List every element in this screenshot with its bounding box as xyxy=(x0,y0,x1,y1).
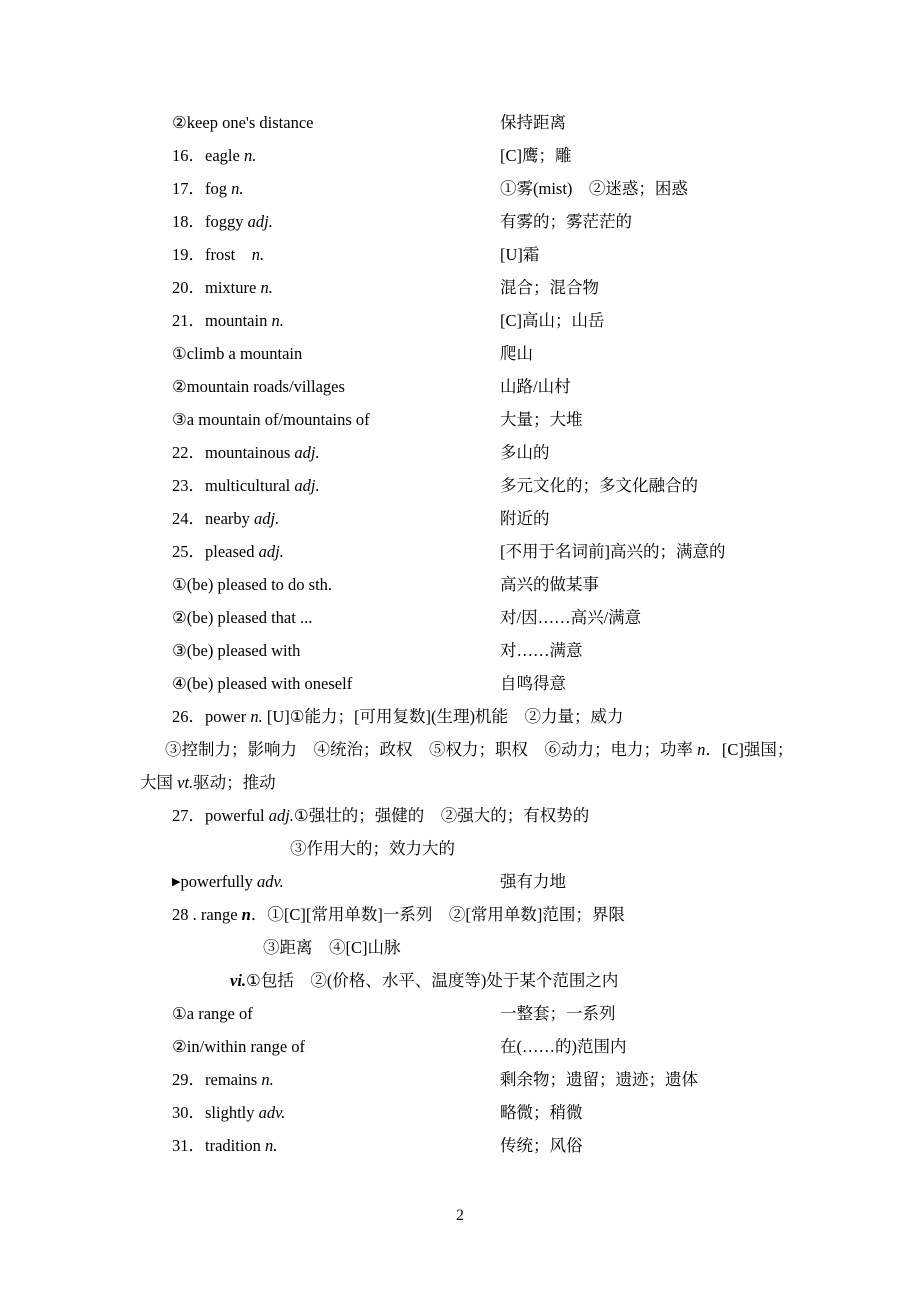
text-segment: 一整套；一系列 xyxy=(500,1004,616,1023)
text-segment: 多山的 xyxy=(500,443,550,462)
text-segment: 自鸣得意 xyxy=(500,674,566,693)
vocab-row: 25．pleased adj.[不用于名词前]高兴的；满意的 xyxy=(140,535,870,568)
text-segment: ．[C]强国； xyxy=(705,740,793,759)
text-segment: ②mountain roads/villages xyxy=(172,377,345,396)
text-segment: ②in/within range of xyxy=(172,1037,305,1056)
text-segment: 驱动；推动 xyxy=(193,773,276,792)
vocab-row: 16．eagle n.[C]鹰；雕 xyxy=(140,139,870,172)
text-segment: [U]霜 xyxy=(500,245,539,264)
vocab-definition: [C]鹰；雕 xyxy=(500,139,572,172)
vocab-paragraph-line: ③作用大的；效力大的 xyxy=(290,832,870,865)
vocab-paragraph-line: ③距离 ④[C]山脉 xyxy=(263,931,870,964)
text-segment: ①climb a mountain xyxy=(172,344,302,363)
text-segment: 山路/山村 xyxy=(500,377,571,396)
text-segment: [U]①能力；[可用复数](生理)机能 ②力量；威力 xyxy=(263,707,624,726)
text-segment: vi. xyxy=(230,971,246,990)
text-segment: 有雾的；雾茫茫的 xyxy=(500,212,632,231)
text-segment: n. xyxy=(261,1070,273,1089)
vocab-row: 22．mountainous adj.多山的 xyxy=(140,436,870,469)
text-segment: ③a mountain of/mountains of xyxy=(172,410,370,429)
vocab-row: 30．slightly adv.略微；稍微 xyxy=(140,1096,870,1129)
text-segment: 大国 xyxy=(140,773,177,792)
vocab-row: ③距离 ④[C]山脉 xyxy=(140,931,870,964)
vocab-definition: 略微；稍微 xyxy=(500,1096,583,1129)
vocab-row: ①a range of一整套；一系列 xyxy=(140,997,870,1030)
text-segment: [C]高山；山岳 xyxy=(500,311,605,330)
text-segment: 大量；大堆 xyxy=(500,410,583,429)
text-segment: n. xyxy=(260,278,272,297)
vocab-row: 19．frost n.[U]霜 xyxy=(140,238,870,271)
text-segment: adv. xyxy=(257,872,284,891)
vocab-row: ▶powerfully adv.强有力地 xyxy=(140,865,870,898)
text-segment: ．①[C][常用单数]一系列 ②[常用单数]范围；界限 xyxy=(251,905,625,924)
text-segment: n. xyxy=(244,146,256,165)
text-segment: ③(be) pleased with xyxy=(172,641,300,660)
text-segment: 18．foggy xyxy=(172,212,248,231)
text-segment: 在(……的)范围内 xyxy=(500,1037,627,1056)
vocab-row: 27．powerful adj.①强壮的；强健的 ②强大的；有权势的 xyxy=(140,799,870,832)
vocab-definition: 多元文化的；多文化融合的 xyxy=(500,469,698,502)
text-segment: 强有力地 xyxy=(500,872,566,891)
page-footer: 2 xyxy=(0,1206,920,1226)
text-segment: 16．eagle xyxy=(172,146,244,165)
text-segment: adj. xyxy=(269,806,294,825)
vocab-definition: 强有力地 xyxy=(500,865,566,898)
vocab-paragraph-line: 26．power n. [U]①能力；[可用复数](生理)机能 ②力量；威力 xyxy=(172,700,870,733)
text-segment: 对/因……高兴/满意 xyxy=(500,608,641,627)
text-segment: 20．mixture xyxy=(172,278,260,297)
vocab-row: vi.①包括 ②(价格、水平、温度等)处于某个范围之内 xyxy=(140,964,870,997)
text-segment: n. xyxy=(271,311,283,330)
text-segment: 30．slightly xyxy=(172,1103,259,1122)
text-segment: adv. xyxy=(259,1103,286,1122)
text-segment: 26．power xyxy=(172,707,250,726)
vocab-row: ②in/within range of在(……的)范围内 xyxy=(140,1030,870,1063)
vocab-definition: 传统；风俗 xyxy=(500,1129,583,1162)
vocab-definition: 保持距离 xyxy=(500,106,566,139)
vocab-definition: [C]高山；山岳 xyxy=(500,304,605,337)
vocab-row: ③(be) pleased with对……满意 xyxy=(140,634,870,667)
vocab-row: 18．foggy adj.有雾的；雾茫茫的 xyxy=(140,205,870,238)
text-segment: 24．nearby xyxy=(172,509,254,528)
document-page: ②keep one's distance保持距离16．eagle n.[C]鹰；… xyxy=(0,0,920,1302)
text-segment: ①强壮的；强健的 ②强大的；有权势的 xyxy=(294,806,589,825)
text-segment: 22．mountainous xyxy=(172,443,294,462)
text-segment: ④(be) pleased with oneself xyxy=(172,674,352,693)
text-segment: 多元文化的；多文化融合的 xyxy=(500,476,698,495)
vocab-paragraph-line: vi.①包括 ②(价格、水平、温度等)处于某个范围之内 xyxy=(230,964,870,997)
vocab-paragraph-line: 27．powerful adj.①强壮的；强健的 ②强大的；有权势的 xyxy=(172,799,870,832)
vocab-definition: [U]霜 xyxy=(500,238,539,271)
text-segment: ①(be) pleased to do sth. xyxy=(172,575,332,594)
vocab-row: 21．mountain n.[C]高山；山岳 xyxy=(140,304,870,337)
vocab-definition: ①雾(mist) ②迷惑；困惑 xyxy=(500,172,688,205)
text-segment: adj. xyxy=(254,509,279,528)
text-segment: n. xyxy=(265,1136,277,1155)
text-segment: 27．powerful xyxy=(172,806,269,825)
text-segment: 28 . range xyxy=(172,905,242,924)
vocab-paragraph-line: 28 . range n．①[C][常用单数]一系列 ②[常用单数]范围；界限 xyxy=(172,898,870,931)
text-segment: adj. xyxy=(294,443,319,462)
vocab-row: ①climb a mountain爬山 xyxy=(140,337,870,370)
text-segment: 25．pleased xyxy=(172,542,259,561)
text-segment: [C]鹰；雕 xyxy=(500,146,572,165)
text-segment: adj. xyxy=(259,542,284,561)
text-segment: ①包括 ②(价格、水平、温度等)处于某个范围之内 xyxy=(246,971,618,990)
vocab-row: ③作用大的；效力大的 xyxy=(140,832,870,865)
text-segment: 17．fog xyxy=(172,179,231,198)
text-segment: 爬山 xyxy=(500,344,533,363)
vocab-row: 28 . range n．①[C][常用单数]一系列 ②[常用单数]范围；界限 xyxy=(140,898,870,931)
text-segment: ②(be) pleased that ... xyxy=(172,608,312,627)
text-segment: n. xyxy=(231,179,243,198)
text-segment: vt. xyxy=(177,773,193,792)
text-segment: 略微；稍微 xyxy=(500,1103,583,1122)
vocab-row: ①(be) pleased to do sth.高兴的做某事 xyxy=(140,568,870,601)
vocab-definition: 一整套；一系列 xyxy=(500,997,616,1030)
text-segment: n xyxy=(242,905,251,924)
vocab-definition: 对/因……高兴/满意 xyxy=(500,601,641,634)
vocab-definition: 附近的 xyxy=(500,502,550,535)
vocab-definition: 高兴的做某事 xyxy=(500,568,599,601)
vocab-row: ③控制力；影响力 ④统治；政权 ⑤权力；职权 ⑥动力；电力；功率 n．[C]强国… xyxy=(140,733,870,766)
vocab-definition: 多山的 xyxy=(500,436,550,469)
text-segment: n. xyxy=(250,707,262,726)
vocab-row: ③a mountain of/mountains of大量；大堆 xyxy=(140,403,870,436)
vocab-row: ②keep one's distance保持距离 xyxy=(140,106,870,139)
text-segment: adj. xyxy=(248,212,273,231)
vocab-paragraph-line: 大国 vt.驱动；推动 xyxy=(140,766,870,799)
text-segment: ①a range of xyxy=(172,1004,253,1023)
vocab-definition: 爬山 xyxy=(500,337,533,370)
vocab-row: 26．power n. [U]①能力；[可用复数](生理)机能 ②力量；威力 xyxy=(140,700,870,733)
text-segment: powerfully xyxy=(180,872,257,891)
text-segment: ②keep one's distance xyxy=(172,113,313,132)
text-segment: 31．tradition xyxy=(172,1136,265,1155)
vocab-row: 29．remains n.剩余物；遗留；遗迹；遗体 xyxy=(140,1063,870,1096)
text-segment: 保持距离 xyxy=(500,113,566,132)
text-segment: 19．frost xyxy=(172,245,252,264)
text-segment: adj. xyxy=(294,476,319,495)
vocab-row: 大国 vt.驱动；推动 xyxy=(140,766,870,799)
vocab-definition: 在(……的)范围内 xyxy=(500,1030,627,1063)
vocab-definition: 大量；大堆 xyxy=(500,403,583,436)
text-segment: n. xyxy=(252,245,264,264)
vocab-row: 24．nearby adj.附近的 xyxy=(140,502,870,535)
page-number: 2 xyxy=(456,1207,464,1224)
vocab-definition: 有雾的；雾茫茫的 xyxy=(500,205,632,238)
vocab-definition: 对……满意 xyxy=(500,634,583,667)
vocab-row: 31．tradition n.传统；风俗 xyxy=(140,1129,870,1162)
vocab-row: 20．mixture n.混合；混合物 xyxy=(140,271,870,304)
vocab-paragraph-line: ③控制力；影响力 ④统治；政权 ⑤权力；职权 ⑥动力；电力；功率 n．[C]强国… xyxy=(165,733,870,766)
text-segment: [不用于名词前]高兴的；满意的 xyxy=(500,542,726,561)
text-segment: ③作用大的；效力大的 xyxy=(290,839,455,858)
text-segment: 21．mountain xyxy=(172,311,271,330)
vocab-row: 17．fog n.①雾(mist) ②迷惑；困惑 xyxy=(140,172,870,205)
vocab-definition: [不用于名词前]高兴的；满意的 xyxy=(500,535,726,568)
text-segment: 附近的 xyxy=(500,509,550,528)
vocab-row: ②mountain roads/villages山路/山村 xyxy=(140,370,870,403)
vocab-row: ②(be) pleased that ...对/因……高兴/满意 xyxy=(140,601,870,634)
vocab-definition: 混合；混合物 xyxy=(500,271,599,304)
text-segment: ③控制力；影响力 ④统治；政权 ⑤权力；职权 ⑥动力；电力；功率 xyxy=(165,740,697,759)
text-segment: 29．remains xyxy=(172,1070,261,1089)
text-segment: 高兴的做某事 xyxy=(500,575,599,594)
vocab-row: 23．multicultural adj.多元文化的；多文化融合的 xyxy=(140,469,870,502)
vocab-definition: 剩余物；遗留；遗迹；遗体 xyxy=(500,1063,698,1096)
text-segment: 剩余物；遗留；遗迹；遗体 xyxy=(500,1070,698,1089)
text-segment: ③距离 ④[C]山脉 xyxy=(263,938,401,957)
vocab-row: ④(be) pleased with oneself自鸣得意 xyxy=(140,667,870,700)
vocab-definition: 自鸣得意 xyxy=(500,667,566,700)
vocab-list: ②keep one's distance保持距离16．eagle n.[C]鹰；… xyxy=(0,0,920,1162)
vocab-definition: 山路/山村 xyxy=(500,370,571,403)
text-segment: 对……满意 xyxy=(500,641,583,660)
text-segment: 混合；混合物 xyxy=(500,278,599,297)
text-segment: 23．multicultural xyxy=(172,476,294,495)
text-segment: 传统；风俗 xyxy=(500,1136,583,1155)
text-segment: ①雾(mist) ②迷惑；困惑 xyxy=(500,179,688,198)
